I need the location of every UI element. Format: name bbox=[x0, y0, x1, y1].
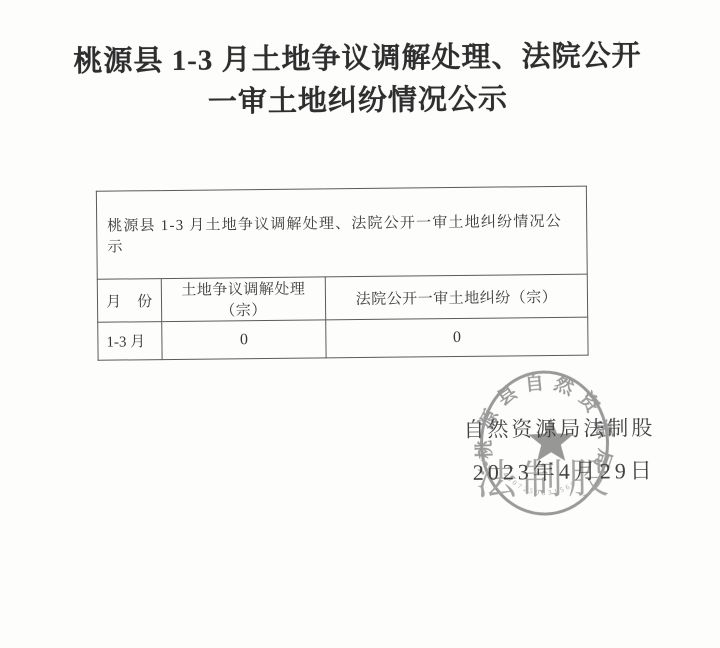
table-row: 1-3 月 0 0 bbox=[98, 317, 588, 360]
column-header-court: 法院公开一审土地纠纷（宗） bbox=[325, 274, 587, 320]
notice-table: 桃源县 1-3 月土地争议调解处理、法院公开一审土地纠纷情况公示 月 份 土地争… bbox=[96, 186, 589, 361]
cell-mediation-count: 0 bbox=[162, 320, 326, 360]
column-header-mediation: 土地争议调解处理（宗） bbox=[161, 277, 325, 322]
scan-speck bbox=[618, 41, 620, 43]
scan-speck bbox=[617, 49, 620, 52]
page-title: 桃源县 1-3 月土地争议调解处理、法院公开 一审土地纠纷情况公示 bbox=[0, 34, 718, 126]
scanned-notice-page: 桃源县 1-3 月土地争议调解处理、法院公开 一审土地纠纷情况公示 桃源县 1-… bbox=[0, 0, 720, 648]
scan-content: 桃源县 1-3 月土地争议调解处理、法院公开 一审土地纠纷情况公示 桃源县 1-… bbox=[0, 0, 720, 648]
table-caption: 桃源县 1-3 月土地争议调解处理、法院公开一审土地纠纷情况公示 bbox=[96, 186, 587, 279]
cell-court-count: 0 bbox=[326, 317, 588, 358]
column-header-month: 月 份 bbox=[97, 279, 161, 323]
cell-month: 1-3 月 bbox=[98, 322, 162, 361]
signature-date: 2023年4月29日 bbox=[464, 458, 656, 486]
signature-department: 自然资源局法制股 bbox=[463, 415, 655, 443]
page-title-line2: 一审土地纠纷情况公示 bbox=[0, 76, 718, 126]
signature-block: 自然资源局法制股 2023年4月29日 bbox=[463, 415, 656, 486]
table-caption-row: 桃源县 1-3 月土地争议调解处理、法院公开一审土地纠纷情况公示 bbox=[96, 186, 587, 279]
table-header-row: 月 份 土地争议调解处理（宗） 法院公开一审土地纠纷（宗） bbox=[97, 274, 587, 322]
page-title-line1: 桃源县 1-3 月土地争议调解处理、法院公开 bbox=[0, 34, 718, 84]
